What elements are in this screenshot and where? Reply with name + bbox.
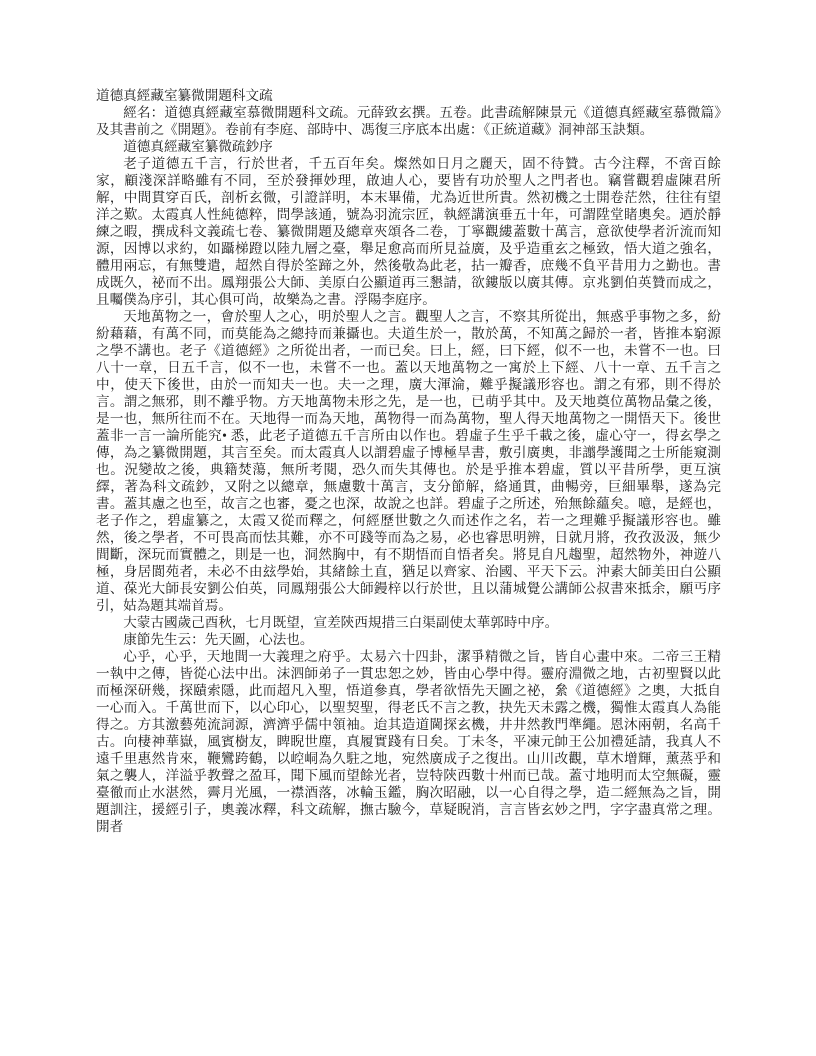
paragraph-jing-ming-note: 經名：道德真經藏室慕微開題科文疏。元薛致玄撰。五卷。此書疏解陳景元《道德真經藏室… — [96, 104, 721, 138]
paragraph-xin-hu-preface: 心乎，心乎，天地間一大義理之府乎。太易六十四卦，潔爭精微之旨，皆自心畫中來。二帝… — [96, 648, 721, 835]
document-page: 道德真經藏室纂微開題科文疏 經名：道德真經藏室慕微開題科文疏。元薛致玄撰。五卷。… — [0, 0, 816, 1056]
paragraph-kangjie-quote: 康節先生云：先天圖，心法也。 — [96, 631, 721, 648]
paragraph-li-ting-preface: 老子道德五千言，行於世者，千五百年矣。燦然如日月之麗天，固不待贊。古今注釋，不啻… — [96, 155, 721, 308]
paragraph-guo-shizhong-date-line: 大蒙古國歲己酉秋，七月既望，宣差陝西規措三白渠副使太華郭時中序。 — [96, 614, 721, 631]
page-content: 道德真經藏室纂微開題科文疏 經名：道德真經藏室慕微開題科文疏。元薛致玄撰。五卷。… — [96, 87, 721, 835]
document-title: 道德真經藏室纂微開題科文疏 — [96, 87, 721, 104]
paragraph-tiandi-wanwu-preface: 天地萬物之一，會於聖人之心，明於聖人之言。觀聖人之言，不察其所從出，無惑乎事物之… — [96, 308, 721, 614]
paragraph-shuchao-xu-heading: 道德真經藏室纂微疏鈔序 — [96, 138, 721, 155]
